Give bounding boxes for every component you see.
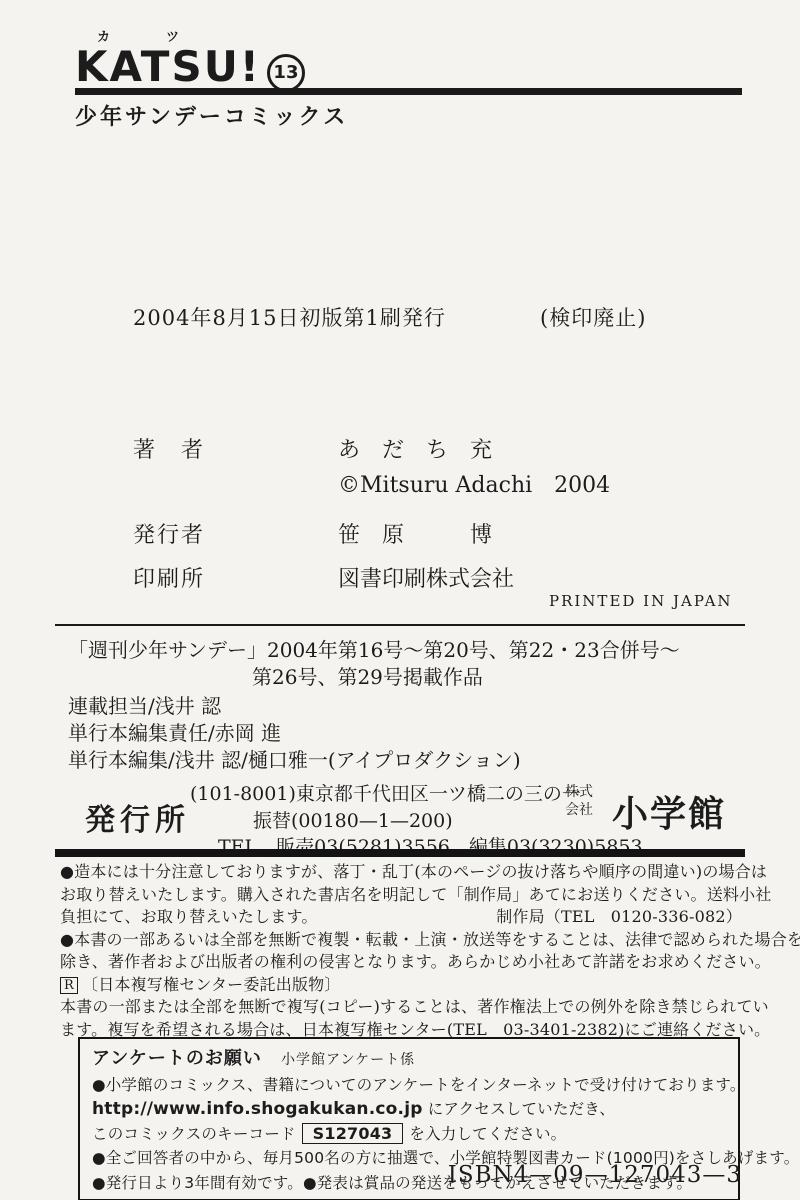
legal-copyright-line2: 除き、著作者および出版者の権利の侵害となります。あらかじめ小社あて許諾をお求めく… [60, 951, 742, 974]
legal-copyright-line1: ●本書の一部あるいは全部を無断で複製・転載・上演・放送等をすることは、法律で認め… [60, 929, 742, 952]
colophon-page: カ ツ KATSU!13 少年サンデーコミックス 2004年8月15日初版第1刷… [0, 0, 800, 1200]
edition-note: (検印廃止) [540, 302, 646, 332]
survey-title-row: アンケートのお願い 小学館アンケート係 [92, 1044, 726, 1070]
corp-type-bottom: 会社 [565, 802, 593, 820]
serialization-line2: 第26号、第29号掲載作品 [252, 661, 483, 690]
printed-in-japan: PRINTED IN JAPAN [549, 592, 733, 610]
section-divider-thick [55, 849, 745, 857]
legal-notices: ●造本には十分注意しておりますが、落丁・乱丁(本のページの抜け落ちや順序の間違い… [60, 861, 742, 1041]
isbn-number: ISBN4—09—127043—3 [448, 1162, 742, 1188]
registered-r-box-icon: R [60, 977, 78, 994]
production-dept-tel: 制作局（TEL 0120-336-082） [496, 906, 742, 929]
survey-url-row: http://www.info.shogakukan.co.jp にアクセスして… [92, 1097, 726, 1119]
survey-department: 小学館アンケート係 [281, 1052, 415, 1068]
copyright-line: ©Mitsuru Adachi 2004 [338, 468, 610, 499]
legal-binding-line3: 負担にて、お取り替えいたします。 制作局（TEL 0120-336-082） [60, 906, 742, 929]
survey-line1: ●小学館のコミックス、書籍についてのアンケートをインターネットで受け付けておりま… [92, 1073, 726, 1095]
corp-type-top: 株式 [565, 784, 593, 802]
survey-url-suffix: にアクセスしていただき、 [428, 1100, 615, 1118]
keycode-prefix: このコミックスのキーコード [92, 1125, 296, 1143]
credit-label-publisher-person: 発行者 [133, 518, 205, 549]
legal-reproduction-rights: R〔日本複写権センター委託出版物〕 [60, 974, 742, 997]
survey-url: http://www.info.shogakukan.co.jp [92, 1099, 423, 1119]
book-title-text: KATSU! [75, 42, 261, 91]
keycode-value: S127043 [302, 1123, 404, 1144]
edition-date: 2004年8月15日初版第1刷発行 [133, 302, 446, 332]
serialization-line1: 「週刊少年サンデー」2004年第16号〜第20号、第22・23合併号〜 [68, 634, 680, 663]
volume-badge: 13 [267, 54, 305, 92]
credit-value-printer: 図書印刷株式会社 [338, 562, 514, 593]
staff-serial-editor: 連載担当/浅井 認 [68, 690, 221, 719]
staff-volume-editor-chief: 単行本編集責任/赤岡 進 [68, 717, 281, 746]
survey-keycode-row: このコミックスのキーコードS127043を入力してください。 [92, 1122, 726, 1144]
publisher-corp-type: 株式 会社 [565, 784, 593, 819]
title-divider-bar [75, 88, 742, 95]
book-title: KATSU!13 [75, 46, 305, 92]
keycode-suffix: を入力してください。 [409, 1125, 566, 1143]
credit-value-publisher-person: 笹 原 博 [338, 518, 492, 549]
publisher-label: 発行所 [85, 795, 190, 839]
series-name: 少年サンデーコミックス [75, 100, 348, 131]
staff-volume-editors: 単行本編集/浅井 認/樋口雅一(アイプロダクション) [68, 744, 521, 773]
reproduction-center-note: 〔日本複写権センター委託出版物〕 [82, 975, 341, 994]
publisher-postal-transfer: 振替(00180—1—200) [253, 806, 453, 833]
legal-binding-line2: お取り替えいたします。購入された書店名を明記して「制作局」あてにお送りください。… [60, 884, 742, 907]
publisher-address: (101-8001)東京都千代田区一ツ橋二の三の一 [190, 779, 581, 806]
publisher-name: 小学館 [612, 786, 726, 837]
survey-title: アンケートのお願い [92, 1048, 262, 1069]
credit-value-author: あ だ ち 充 [338, 433, 492, 464]
legal-photocopy-line1: 本書の一部または全部を無断で複写(コピー)することは、著作権法上での例外を除き禁… [60, 996, 742, 1019]
section-divider-thin [55, 624, 745, 626]
credit-label-author: 著 者 [133, 433, 205, 464]
credit-label-printer: 印刷所 [133, 562, 205, 593]
legal-binding-line3-left: 負担にて、お取り替えいたします。 [60, 907, 318, 926]
legal-binding-line1: ●造本には十分注意しておりますが、落丁・乱丁(本のページの抜け落ちや順序の間違い… [60, 861, 742, 884]
